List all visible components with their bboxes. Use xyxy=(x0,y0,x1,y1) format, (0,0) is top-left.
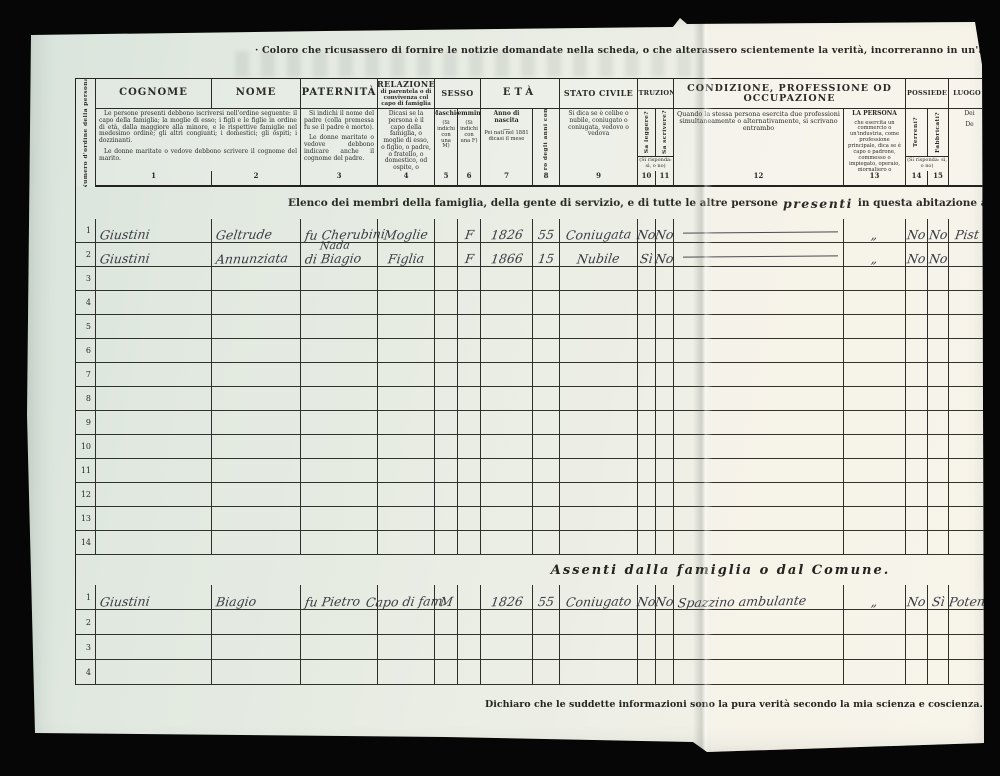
handwritten-value: 15 xyxy=(537,252,555,265)
cell-anno xyxy=(481,387,533,411)
fabbricati-header: Fabbricati? xyxy=(928,109,949,156)
cell-fabbricati xyxy=(928,363,949,387)
sesso-title: SESSO xyxy=(441,89,473,97)
cell-anno xyxy=(481,363,533,387)
sa-scrivere-header: Sa scrivere? xyxy=(656,109,673,156)
cell-anno xyxy=(481,315,533,339)
sesso-femmina-header: Femmina (Si indichi con una F) xyxy=(458,109,481,171)
cell-nome xyxy=(212,635,301,660)
cell-nome xyxy=(212,315,301,339)
cell-legge xyxy=(638,363,656,387)
col-number-9: 9 xyxy=(560,171,638,187)
cell-fabbricati xyxy=(928,483,949,507)
cell-scrive xyxy=(656,339,674,363)
cell-f xyxy=(458,459,481,483)
cell-f xyxy=(458,411,481,435)
handwritten-value: No xyxy=(906,252,926,265)
cell-f xyxy=(458,339,481,363)
cell-anno: 1826 xyxy=(481,219,533,243)
cell-luogo xyxy=(949,243,986,267)
sa-leggere-header: Sa leggere? xyxy=(638,109,656,156)
handwritten-value: fu Pietro xyxy=(304,595,361,609)
cell-scrive xyxy=(656,459,674,483)
cell-professione xyxy=(674,363,844,387)
cell-nome xyxy=(212,660,301,685)
cell-f xyxy=(458,635,481,660)
row-number: 4 xyxy=(76,660,96,685)
cell-nome: Annunziata xyxy=(212,243,301,267)
cell-stato xyxy=(560,315,638,339)
cell-f xyxy=(458,363,481,387)
row-number: 3 xyxy=(76,267,96,291)
handwritten-value: No xyxy=(654,252,674,265)
handwritten-value: „ xyxy=(870,228,878,241)
handwritten-value: F xyxy=(464,252,474,265)
cell-luogo xyxy=(949,483,986,507)
presenti-caption-highlight: presenti xyxy=(783,196,853,211)
cell-professione xyxy=(674,339,844,363)
cell-scrive: No xyxy=(656,219,674,243)
cell-paternita xyxy=(301,459,378,483)
instruction-text: Dei xyxy=(959,111,974,118)
cell-anni xyxy=(533,483,560,507)
cell-paternita xyxy=(301,411,378,435)
cell-persona xyxy=(844,660,906,685)
handwritten-value: Sì xyxy=(639,252,653,265)
cell-professione xyxy=(674,531,844,555)
cell-luogo xyxy=(949,291,986,315)
instruction-text: Dicasi se la persona è il capo della fam… xyxy=(381,111,431,171)
cell-m xyxy=(435,411,458,435)
handwritten-value: Figlia xyxy=(387,252,425,265)
cell-terreni xyxy=(906,411,928,435)
cell-m xyxy=(435,483,458,507)
cell-legge xyxy=(638,531,656,555)
terreni-header: Terreni? xyxy=(906,109,928,156)
cell-professione xyxy=(674,635,844,660)
cell-cognome: Giustini xyxy=(96,219,212,243)
handwritten-value: No xyxy=(654,228,674,241)
cell-cognome xyxy=(96,635,212,660)
cell-m xyxy=(435,459,458,483)
cell-persona: „ xyxy=(844,219,906,243)
cell-terreni xyxy=(906,610,928,635)
cell-anni: 55 xyxy=(533,585,560,610)
fabbricati-label: Fabbricati? xyxy=(935,112,941,153)
cell-relazione xyxy=(378,635,435,660)
row-number: 4 xyxy=(76,291,96,315)
handwritten-value: Giustini xyxy=(99,252,150,266)
cell-fabbricati xyxy=(928,531,949,555)
col-number-1: 1 xyxy=(96,171,212,187)
cell-professione xyxy=(674,411,844,435)
instruction-text: Le donne maritate o vedove debbono indic… xyxy=(304,135,374,162)
cell-relazione xyxy=(378,483,435,507)
cell-luogo xyxy=(949,387,986,411)
cell-fabbricati xyxy=(928,339,949,363)
cell-luogo xyxy=(949,315,986,339)
col-header-row-number: Numero d'ordine della persona xyxy=(76,79,96,187)
anni-compiuti-label: Numero degli anni compiuti xyxy=(543,109,549,171)
cell-scrive xyxy=(656,363,674,387)
cell-persona xyxy=(844,459,906,483)
cell-luogo xyxy=(949,507,986,531)
pen-stroke xyxy=(683,231,838,233)
cell-terreni xyxy=(906,483,928,507)
cell-fabbricati xyxy=(928,435,949,459)
cell-nome xyxy=(212,435,301,459)
cell-luogo xyxy=(949,339,986,363)
table-row: 6 xyxy=(76,339,984,363)
cell-f xyxy=(458,267,481,291)
cell-stato xyxy=(560,507,638,531)
handwritten-value: F xyxy=(464,228,474,241)
cell-terreni xyxy=(906,363,928,387)
table-row: 9 xyxy=(76,411,984,435)
cell-nome xyxy=(212,411,301,435)
cell-fabbricati xyxy=(928,610,949,635)
cell-fabbricati xyxy=(928,459,949,483)
handwritten-value: Giustini xyxy=(99,228,150,242)
cell-scrive xyxy=(656,387,674,411)
cell-professione xyxy=(674,387,844,411)
cell-nome xyxy=(212,339,301,363)
col-header-possiede: POSSIEDE xyxy=(906,79,949,109)
cell-stato xyxy=(560,660,638,685)
cell-anno: 1866 xyxy=(481,243,533,267)
cell-anni xyxy=(533,387,560,411)
handwritten-value: Moglie xyxy=(383,228,429,241)
census-table: Numero d'ordine della persona COGNOME NO… xyxy=(75,78,985,710)
cell-paternita xyxy=(301,507,378,531)
cell-relazione xyxy=(378,291,435,315)
cognome-title: COGNOME xyxy=(119,88,188,99)
cell-legge xyxy=(638,507,656,531)
cell-relazione xyxy=(378,435,435,459)
cell-stato xyxy=(560,483,638,507)
col-number-15: 15 xyxy=(928,171,949,187)
col-number-4: 4 xyxy=(378,171,435,187)
scanned-census-sheet: · Coloro che ricusassero di fornire le n… xyxy=(0,0,1000,776)
cell-relazione xyxy=(378,459,435,483)
cell-paternita xyxy=(301,267,378,291)
nome-title: NOME xyxy=(236,88,277,99)
cell-relazione xyxy=(378,339,435,363)
col-header-luogo: LUOGO xyxy=(949,79,986,109)
handwritten-value: Nubile xyxy=(576,252,620,265)
cell-scrive xyxy=(656,291,674,315)
col-number-7: 7 xyxy=(481,171,533,187)
col-number-14: 14 xyxy=(906,171,928,187)
cell-stato xyxy=(560,267,638,291)
handwritten-value: No xyxy=(928,228,948,241)
cell-anno xyxy=(481,411,533,435)
cell-fabbricati xyxy=(928,387,949,411)
cell-m xyxy=(435,635,458,660)
col-header-condizione: CONDIZIONE, PROFESSIONE OD OCCUPAZIONE xyxy=(674,79,906,109)
cell-anno xyxy=(481,660,533,685)
possiede-note: (Si risponda: sì, o no) xyxy=(906,156,948,171)
cell-fabbricati xyxy=(928,635,949,660)
cell-m xyxy=(435,315,458,339)
sesso-maschio-header: Maschio (Si indichi con una M) xyxy=(435,109,458,171)
cell-fabbricati xyxy=(928,660,949,685)
cell-legge xyxy=(638,315,656,339)
declaration-line: Dichiaro che le suddette informazioni so… xyxy=(75,699,985,710)
cell-persona xyxy=(844,483,906,507)
row-number: 2 xyxy=(76,610,96,635)
cell-paternita xyxy=(301,315,378,339)
cell-f xyxy=(458,585,481,610)
table-row: 13 xyxy=(76,507,984,531)
femmina-label: Femmina xyxy=(458,111,481,118)
cell-scrive: No xyxy=(656,243,674,267)
table-row: 1GiustiniGeltrudefu CherubiniMoglieF1826… xyxy=(76,219,984,243)
handwritten-value: 55 xyxy=(537,228,555,241)
cell-relazione xyxy=(378,387,435,411)
cell-cognome xyxy=(96,387,212,411)
cell-f xyxy=(458,610,481,635)
col-number-5: 5 xyxy=(435,171,458,187)
cell-m xyxy=(435,610,458,635)
cell-paternita xyxy=(301,531,378,555)
condizione-la-persona: LA PERSONA che esercita un commercio o u… xyxy=(844,109,906,171)
table-row: 8 xyxy=(76,387,984,411)
cell-relazione: Moglie xyxy=(378,219,435,243)
table-row: 3 xyxy=(76,635,984,660)
cell-terreni xyxy=(906,339,928,363)
instruction-text: Le persone presenti debbono iscriversi n… xyxy=(99,111,297,145)
paternita-instructions: Si indichi il nome del padre (colla prem… xyxy=(301,109,378,171)
cell-m xyxy=(435,363,458,387)
cell-paternita xyxy=(301,660,378,685)
instruction-text: Quando la stessa persona esercita due pr… xyxy=(677,111,840,133)
eta-anni-header: Numero degli anni compiuti xyxy=(533,109,560,171)
row-number: 1 xyxy=(76,585,96,610)
handwritten-value: Geltrude xyxy=(215,228,273,242)
cell-cognome xyxy=(96,459,212,483)
handwritten-value: No xyxy=(928,252,948,265)
instruction-text: Si indichi il nome del padre (colla prem… xyxy=(304,111,374,131)
relazione-instructions: Dicasi se la persona è il capo della fam… xyxy=(378,109,435,171)
instruction-text: che esercita un commercio o un'industria… xyxy=(847,121,902,171)
cell-cognome xyxy=(96,291,212,315)
cell-scrive xyxy=(656,660,674,685)
instruction-text: De xyxy=(960,122,973,129)
luogo-title: LUOGO xyxy=(953,90,981,97)
assenti-caption: Assenti dalla famiglia o dal Comune. xyxy=(551,563,891,578)
cell-luogo xyxy=(949,363,986,387)
cell-cognome xyxy=(96,435,212,459)
cell-stato xyxy=(560,387,638,411)
cell-stato xyxy=(560,339,638,363)
handwritten-annotation-nada: Nada xyxy=(319,238,351,252)
cell-professione: Spazzino ambulante xyxy=(674,585,844,610)
presenti-caption: Elenco dei membri della famiglia, della … xyxy=(75,187,985,219)
row-number: 10 xyxy=(76,435,96,459)
presenti-body: 1GiustiniGeltrudefu CherubiniMoglieF1826… xyxy=(75,219,985,555)
cell-legge xyxy=(638,291,656,315)
cell-m xyxy=(435,387,458,411)
cell-anno xyxy=(481,291,533,315)
cell-anno xyxy=(481,459,533,483)
cell-anni: 15 xyxy=(533,243,560,267)
presenti-caption-pre: Elenco dei membri della famiglia, della … xyxy=(288,197,778,209)
cell-f xyxy=(458,291,481,315)
cell-anni xyxy=(533,459,560,483)
row-number: 2 xyxy=(76,243,96,267)
condizione-title: CONDIZIONE, PROFESSIONE OD OCCUPAZIONE xyxy=(674,84,905,104)
cell-professione xyxy=(674,660,844,685)
cell-terreni xyxy=(906,635,928,660)
cell-anno xyxy=(481,267,533,291)
col-number-6: 6 xyxy=(458,171,481,187)
cell-terreni xyxy=(906,435,928,459)
col-header-sesso: SESSO xyxy=(435,79,481,109)
cell-cognome xyxy=(96,610,212,635)
cell-legge xyxy=(638,459,656,483)
istruzione-subheaders: Sa leggere? Sa scrivere? (Si risponda: s… xyxy=(638,109,674,171)
cell-relazione xyxy=(378,531,435,555)
stato-civile-title: STATO CIVILE xyxy=(564,89,633,97)
cell-cognome xyxy=(96,483,212,507)
cell-anno xyxy=(481,435,533,459)
cell-relazione xyxy=(378,411,435,435)
cell-scrive xyxy=(656,507,674,531)
cell-legge xyxy=(638,483,656,507)
cell-luogo xyxy=(949,610,986,635)
table-row: 11 xyxy=(76,459,984,483)
cell-anni xyxy=(533,507,560,531)
table-row: 4 xyxy=(76,291,984,315)
anno-nascita-label: Anno di nascita xyxy=(484,111,529,124)
row-number: 7 xyxy=(76,363,96,387)
row-number: 1 xyxy=(76,219,96,243)
cell-legge xyxy=(638,411,656,435)
cell-f xyxy=(458,483,481,507)
cell-cognome xyxy=(96,660,212,685)
cell-m xyxy=(435,243,458,267)
cell-f: F xyxy=(458,243,481,267)
paper-sheet: · Coloro che ricusassero di fornire le n… xyxy=(25,15,985,756)
cell-anno xyxy=(481,635,533,660)
col-header-stato-civile: STATO CIVILE xyxy=(560,79,638,109)
cell-luogo: Pist xyxy=(949,219,986,243)
row-number: 13 xyxy=(76,507,96,531)
cell-anno xyxy=(481,339,533,363)
cell-luogo xyxy=(949,531,986,555)
cell-anni xyxy=(533,363,560,387)
cell-cognome xyxy=(96,339,212,363)
cell-persona xyxy=(844,610,906,635)
table-row: 14 xyxy=(76,531,984,555)
cell-m xyxy=(435,660,458,685)
cell-luogo xyxy=(949,635,986,660)
cell-persona: „ xyxy=(844,585,906,610)
cell-terreni xyxy=(906,531,928,555)
col-header-nome: NOME xyxy=(212,79,301,109)
cell-anno xyxy=(481,483,533,507)
table-row: 1GiustiniBiagiofu PietroCapo di fam.M182… xyxy=(76,585,984,610)
handwritten-value: Sì xyxy=(931,595,945,608)
row-number: 8 xyxy=(76,387,96,411)
col-number-3: 3 xyxy=(301,171,378,187)
cell-cognome: Giustini xyxy=(96,243,212,267)
cell-paternita xyxy=(301,291,378,315)
handwritten-value: Coniugata xyxy=(565,228,632,242)
handwritten-value: 55 xyxy=(537,595,555,608)
femmina-note: (Si indichi con una F) xyxy=(460,121,478,145)
cell-nome xyxy=(212,483,301,507)
cell-cognome xyxy=(96,315,212,339)
cell-luogo xyxy=(949,459,986,483)
cell-legge xyxy=(638,610,656,635)
cell-anno xyxy=(481,610,533,635)
cell-relazione xyxy=(378,315,435,339)
col-number-11: 11 xyxy=(656,171,674,187)
cell-nome xyxy=(212,459,301,483)
cell-luogo: Poten xyxy=(949,585,986,610)
cell-stato: Coniugata xyxy=(560,219,638,243)
cell-professione xyxy=(674,219,844,243)
cell-legge xyxy=(638,387,656,411)
cell-nome xyxy=(212,507,301,531)
cell-professione xyxy=(674,291,844,315)
cell-cognome xyxy=(96,507,212,531)
cell-luogo xyxy=(949,660,986,685)
handwritten-value: 1826 xyxy=(490,228,524,241)
cell-relazione xyxy=(378,507,435,531)
cell-scrive: No xyxy=(656,585,674,610)
cell-scrive xyxy=(656,435,674,459)
cell-stato xyxy=(560,363,638,387)
cell-f: F xyxy=(458,219,481,243)
cell-fabbricati: No xyxy=(928,219,949,243)
table-row: 4 xyxy=(76,660,984,685)
istruzione-title: ISTRUZIONE xyxy=(638,90,674,97)
cell-anni xyxy=(533,315,560,339)
table-row: 12 xyxy=(76,483,984,507)
cell-anni xyxy=(533,660,560,685)
cell-nome xyxy=(212,267,301,291)
cell-scrive xyxy=(656,531,674,555)
cell-stato xyxy=(560,531,638,555)
cell-anni xyxy=(533,635,560,660)
cell-persona xyxy=(844,291,906,315)
cell-cognome xyxy=(96,363,212,387)
cell-fabbricati xyxy=(928,411,949,435)
cell-relazione xyxy=(378,363,435,387)
cell-terreni xyxy=(906,315,928,339)
cell-terreni xyxy=(906,459,928,483)
handwritten-value: di Biagio xyxy=(304,252,362,266)
cell-paternita xyxy=(301,635,378,660)
col-header-istruzione: ISTRUZIONE xyxy=(638,79,674,109)
condizione-due-professioni: Quando la stessa persona esercita due pr… xyxy=(674,109,844,171)
cell-anni xyxy=(533,267,560,291)
cell-professione xyxy=(674,610,844,635)
handwritten-value: Poten xyxy=(948,595,986,608)
handwritten-value: No xyxy=(906,595,926,608)
row-number: 14 xyxy=(76,531,96,555)
row-number: 6 xyxy=(76,339,96,363)
cell-fabbricati xyxy=(928,267,949,291)
cell-terreni: No xyxy=(906,243,928,267)
cell-terreni: No xyxy=(906,585,928,610)
table-row: 3 xyxy=(76,267,984,291)
handwritten-value: „ xyxy=(870,595,878,608)
cell-nome xyxy=(212,531,301,555)
